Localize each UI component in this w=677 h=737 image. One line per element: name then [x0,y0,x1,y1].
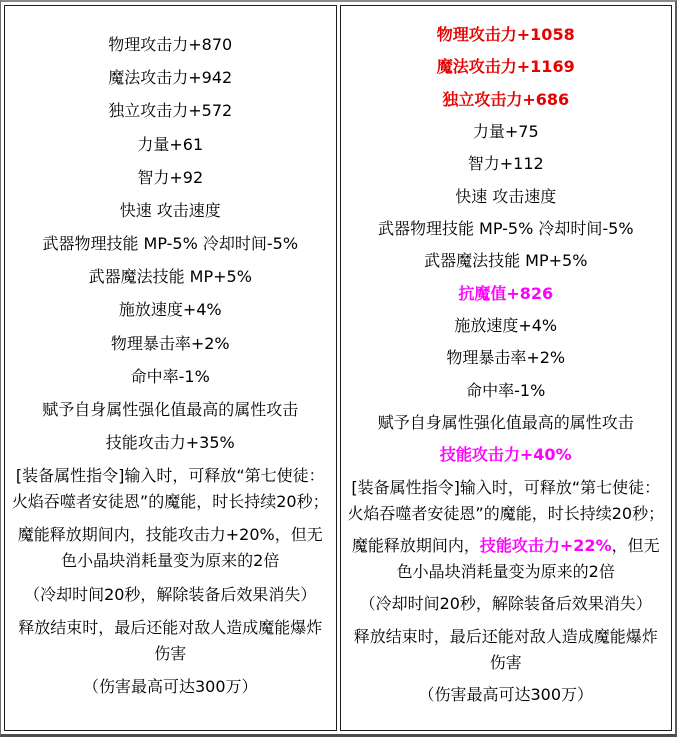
stat-line: 技能攻击力+35% [11,430,330,456]
stat-text: 快速 攻击速度 [455,187,556,206]
stat-text: 快速 攻击速度 [120,201,221,220]
stat-text: 释放结束时，最后还能对敌人造成魔能爆炸伤害 [354,627,658,672]
stat-line: 武器魔法技能 MP+5% [11,264,330,290]
stat-text: 赋予自身属性强化值最高的属性攻击 [378,413,634,432]
panel-item-stats-before: 物理攻击力+870魔法攻击力+942独立攻击力+572力量+61智力+92快速 … [4,5,337,731]
stat-text-highlight: 抗魔值+826 [458,284,553,303]
stat-line: 赋予自身属性强化值最高的属性攻击 [11,397,330,423]
stat-text: 力量+75 [473,122,539,141]
stat-text: 独立攻击力+572 [108,101,232,120]
stat-line: 释放结束时，最后还能对敌人造成魔能爆炸伤害 [11,615,330,667]
stat-line: （冷却时间20秒，解除装备后效果消失） [347,591,666,617]
stat-text: （伤害最高可达300万） [418,685,593,704]
stat-line: 施放速度+4% [347,313,666,339]
stat-text-highlight: 技能攻击力+40% [440,445,572,464]
stat-line: 武器物理技能 MP-5% 冷却时间-5% [347,216,666,242]
stat-line: 魔法攻击力+942 [11,65,330,91]
stat-text: 魔能释放期间内， [352,536,480,555]
stat-line: 物理攻击力+1058 [347,22,666,48]
stat-text: 物理暴击率+2% [111,334,230,353]
stat-line: 抗魔值+826 [347,281,666,307]
stat-line: （伤害最高可达300万） [11,674,330,700]
stat-comparison-table: 物理攻击力+870魔法攻击力+942独立攻击力+572力量+61智力+92快速 … [0,0,677,737]
stat-text: 力量+61 [137,135,203,154]
stat-line: 力量+75 [347,119,666,145]
stat-text: 武器魔法技能 MP+5% [424,251,587,270]
stat-text: 施放速度+4% [454,316,557,335]
stat-text: （冷却时间20秒，解除装备后效果消失） [360,594,652,613]
stat-line: 武器物理技能 MP-5% 冷却时间-5% [11,231,330,257]
stat-line: 快速 攻击速度 [11,198,330,224]
stat-text: 物理暴击率+2% [446,348,565,367]
stat-text-highlight: 魔法攻击力+1169 [437,57,575,76]
stat-line: 魔能释放期间内，技能攻击力+20%，但无色小晶块消耗量变为原来的2倍 [11,522,330,574]
stat-line: 命中率-1% [11,364,330,390]
stat-text: 武器物理技能 MP-5% 冷却时间-5% [42,234,298,253]
stat-text: [装备属性指令]输入时，可释放“第七使徒：火焰吞噬者安徒恩”的魔能，时长持续20… [347,478,664,523]
stat-text: 魔能释放期间内，技能攻击力+20%，但无色小晶块消耗量变为原来的2倍 [18,525,323,570]
stat-text: 命中率-1% [466,381,545,400]
stat-line: 施放速度+4% [11,297,330,323]
stat-line: 物理暴击率+2% [347,345,666,371]
stat-text: 武器物理技能 MP-5% 冷却时间-5% [378,219,634,238]
stat-text: （冷却时间20秒，解除装备后效果消失） [24,585,316,604]
stat-line: 命中率-1% [347,378,666,404]
stat-line: 力量+61 [11,132,330,158]
stat-text: 智力+112 [468,154,544,173]
stat-line: 魔法攻击力+1169 [347,54,666,80]
stat-text: [装备属性指令]输入时，可释放“第七使徒：火焰吞噬者安徒恩”的魔能，时长持续20… [12,466,329,511]
stat-line: 独立攻击力+686 [347,87,666,113]
stat-line: 智力+112 [347,151,666,177]
stat-text: 智力+92 [137,168,203,187]
stat-line: 释放结束时，最后还能对敌人造成魔能爆炸伤害 [347,624,666,676]
stat-text-highlight: 独立攻击力+686 [442,90,569,109]
stat-line: 魔能释放期间内，技能攻击力+22%，但无色小晶块消耗量变为原来的2倍 [347,533,666,585]
stat-line: （冷却时间20秒，解除装备后效果消失） [11,582,330,608]
stat-line: 快速 攻击速度 [347,184,666,210]
stat-text: 命中率-1% [131,367,210,386]
stat-line: [装备属性指令]输入时，可释放“第七使徒：火焰吞噬者安徒恩”的魔能，时长持续20… [11,463,330,515]
stat-text: 物理攻击力+870 [108,35,232,54]
stat-line: [装备属性指令]输入时，可释放“第七使徒：火焰吞噬者安徒恩”的魔能，时长持续20… [347,475,666,527]
stat-line: 物理暴击率+2% [11,331,330,357]
stat-text-highlight: 技能攻击力+22% [480,536,612,555]
stat-text: （伤害最高可达300万） [83,677,258,696]
stat-text-highlight: 物理攻击力+1058 [437,25,575,44]
stat-line: 技能攻击力+40% [347,442,666,468]
stat-line: 赋予自身属性强化值最高的属性攻击 [347,410,666,436]
stat-text: 赋予自身属性强化值最高的属性攻击 [42,400,298,419]
panel-item-stats-after: 物理攻击力+1058魔法攻击力+1169独立攻击力+686力量+75智力+112… [340,5,673,731]
stat-line: （伤害最高可达300万） [347,682,666,708]
stat-text: 魔法攻击力+942 [108,68,232,87]
stat-text: 技能攻击力+35% [106,433,235,452]
stat-text: 释放结束时，最后还能对敌人造成魔能爆炸伤害 [18,618,322,663]
stat-line: 物理攻击力+870 [11,32,330,58]
stat-line: 武器魔法技能 MP+5% [347,248,666,274]
stat-text: 施放速度+4% [119,300,222,319]
stat-line: 智力+92 [11,165,330,191]
stat-text: 武器魔法技能 MP+5% [89,267,252,286]
stat-line: 独立攻击力+572 [11,98,330,124]
